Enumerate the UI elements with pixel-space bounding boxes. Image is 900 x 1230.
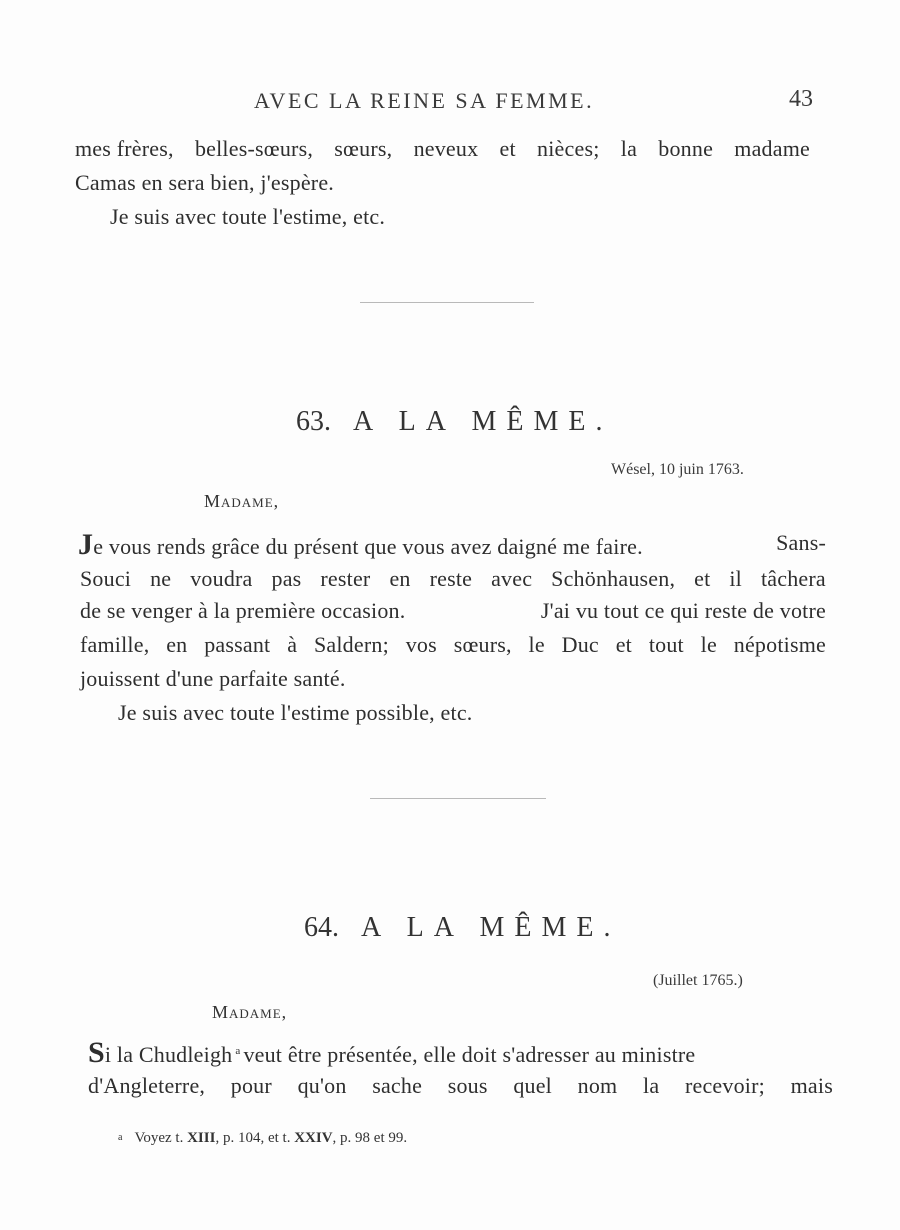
word: népotisme — [734, 632, 826, 658]
continuation-line-2: Camas en sera bien, j'espère. — [75, 170, 334, 196]
letter-64-title: 64.A LA MÊME. — [304, 912, 620, 944]
letter-64-dateline: (Juillet 1765.) — [653, 972, 743, 990]
volume-ref: XIII — [187, 1130, 215, 1146]
letter-63-title: 63.A LA MÊME. — [296, 406, 612, 438]
volume-ref: XXIV — [294, 1130, 332, 1146]
word: sœurs, — [454, 632, 512, 658]
word: Duc — [562, 632, 599, 658]
word: Schönhausen, — [551, 566, 675, 592]
word: d'Angleterre, — [88, 1073, 205, 1099]
letter-63-dateline: Wésel, 10 juin 1763. — [611, 461, 744, 479]
word: mais — [791, 1073, 833, 1099]
word: sache — [372, 1073, 422, 1099]
letter-63-line-1: Je vous rends grâce du présent que vous … — [78, 530, 826, 560]
word: rester — [320, 566, 370, 592]
text: de se venger à la première occasion. — [80, 598, 405, 624]
word: Souci — [80, 566, 131, 592]
letter-64-salutation: Madame, — [212, 1002, 287, 1023]
word: il — [729, 566, 742, 592]
word: passant — [204, 632, 270, 658]
word: la — [621, 136, 637, 162]
word: famille, — [80, 632, 149, 658]
text: , p. 104, et t. — [215, 1130, 294, 1146]
footnote-reference: a — [235, 1045, 240, 1057]
word: le — [701, 632, 717, 658]
word: mes frères, — [75, 136, 174, 162]
word: nom — [578, 1073, 618, 1099]
word: Sans- — [776, 530, 826, 560]
word: qu'on — [298, 1073, 347, 1099]
word: tout — [649, 632, 684, 658]
word: pas — [272, 566, 302, 592]
letter-63-salutation: Madame, — [204, 491, 279, 512]
word: vos — [406, 632, 437, 658]
word: ne — [150, 566, 171, 592]
letter-63-line-3: de se venger à la première occasion. J'a… — [80, 598, 826, 624]
text: veut être présentée, elle doit s'adresse… — [243, 1042, 695, 1067]
drop-cap: J — [78, 528, 93, 561]
letter-64-line-1: Si la Chudleighaveut être présentée, ell… — [88, 1038, 695, 1068]
word: en — [166, 632, 187, 658]
continuation-line-1: mes frères, belles-sœurs, sœurs, neveux … — [75, 136, 810, 162]
text: i la Chudleigh — [105, 1042, 232, 1067]
word: avec — [491, 566, 532, 592]
word: neveux — [414, 136, 479, 162]
word: sous — [448, 1073, 488, 1099]
text: e vous rends grâce du présent que vous a… — [93, 534, 643, 559]
footnote-mark: a — [118, 1132, 122, 1143]
word: reste — [430, 566, 473, 592]
word: madame — [734, 136, 810, 162]
footnote: aVoyez t. XIII, p. 104, et t. XXIV, p. 9… — [118, 1130, 407, 1147]
letter-63-line-4: famille, en passant à Saldern; vos sœurs… — [80, 632, 826, 658]
letter-63-line-2: Souci ne voudra pas rester en reste avec… — [80, 566, 826, 592]
word: la — [643, 1073, 659, 1099]
word: en — [389, 566, 410, 592]
letter-heading: A LA MÊME. — [361, 912, 620, 943]
word: et — [500, 136, 516, 162]
drop-cap: S — [88, 1036, 105, 1069]
letter-heading: A LA MÊME. — [353, 406, 612, 437]
word: belles-sœurs, — [195, 136, 313, 162]
section-divider — [370, 798, 546, 799]
word: quel — [513, 1073, 552, 1099]
letter-number: 63. — [296, 406, 331, 437]
letter-63-closing: Je suis avec toute l'estime possible, et… — [118, 700, 473, 726]
word: à — [287, 632, 297, 658]
section-divider — [360, 302, 534, 303]
text: Voyez t. — [134, 1130, 187, 1146]
word: bonne — [658, 136, 713, 162]
word: recevoir; — [685, 1073, 765, 1099]
running-head: AVEC LA REINE SA FEMME. — [254, 88, 594, 114]
word: pour — [231, 1073, 272, 1099]
text: J'ai vu tout ce qui reste de votre — [541, 598, 826, 624]
word: sœurs, — [334, 136, 392, 162]
text: , p. 98 et 99. — [333, 1130, 408, 1146]
word: Saldern; — [314, 632, 389, 658]
word: nièces; — [537, 136, 599, 162]
word: et — [694, 566, 710, 592]
page-number: 43 — [789, 86, 813, 113]
letter-63-line-5: jouissent d'une parfaite santé. — [80, 666, 346, 692]
word: tâchera — [761, 566, 826, 592]
letter-number: 64. — [304, 912, 339, 943]
word: voudra — [190, 566, 252, 592]
continuation-closing: Je suis avec toute l'estime, etc. — [110, 204, 385, 230]
word: et — [616, 632, 632, 658]
word: le — [529, 632, 545, 658]
letter-64-line-2: d'Angleterre, pour qu'on sache sous quel… — [88, 1073, 833, 1099]
